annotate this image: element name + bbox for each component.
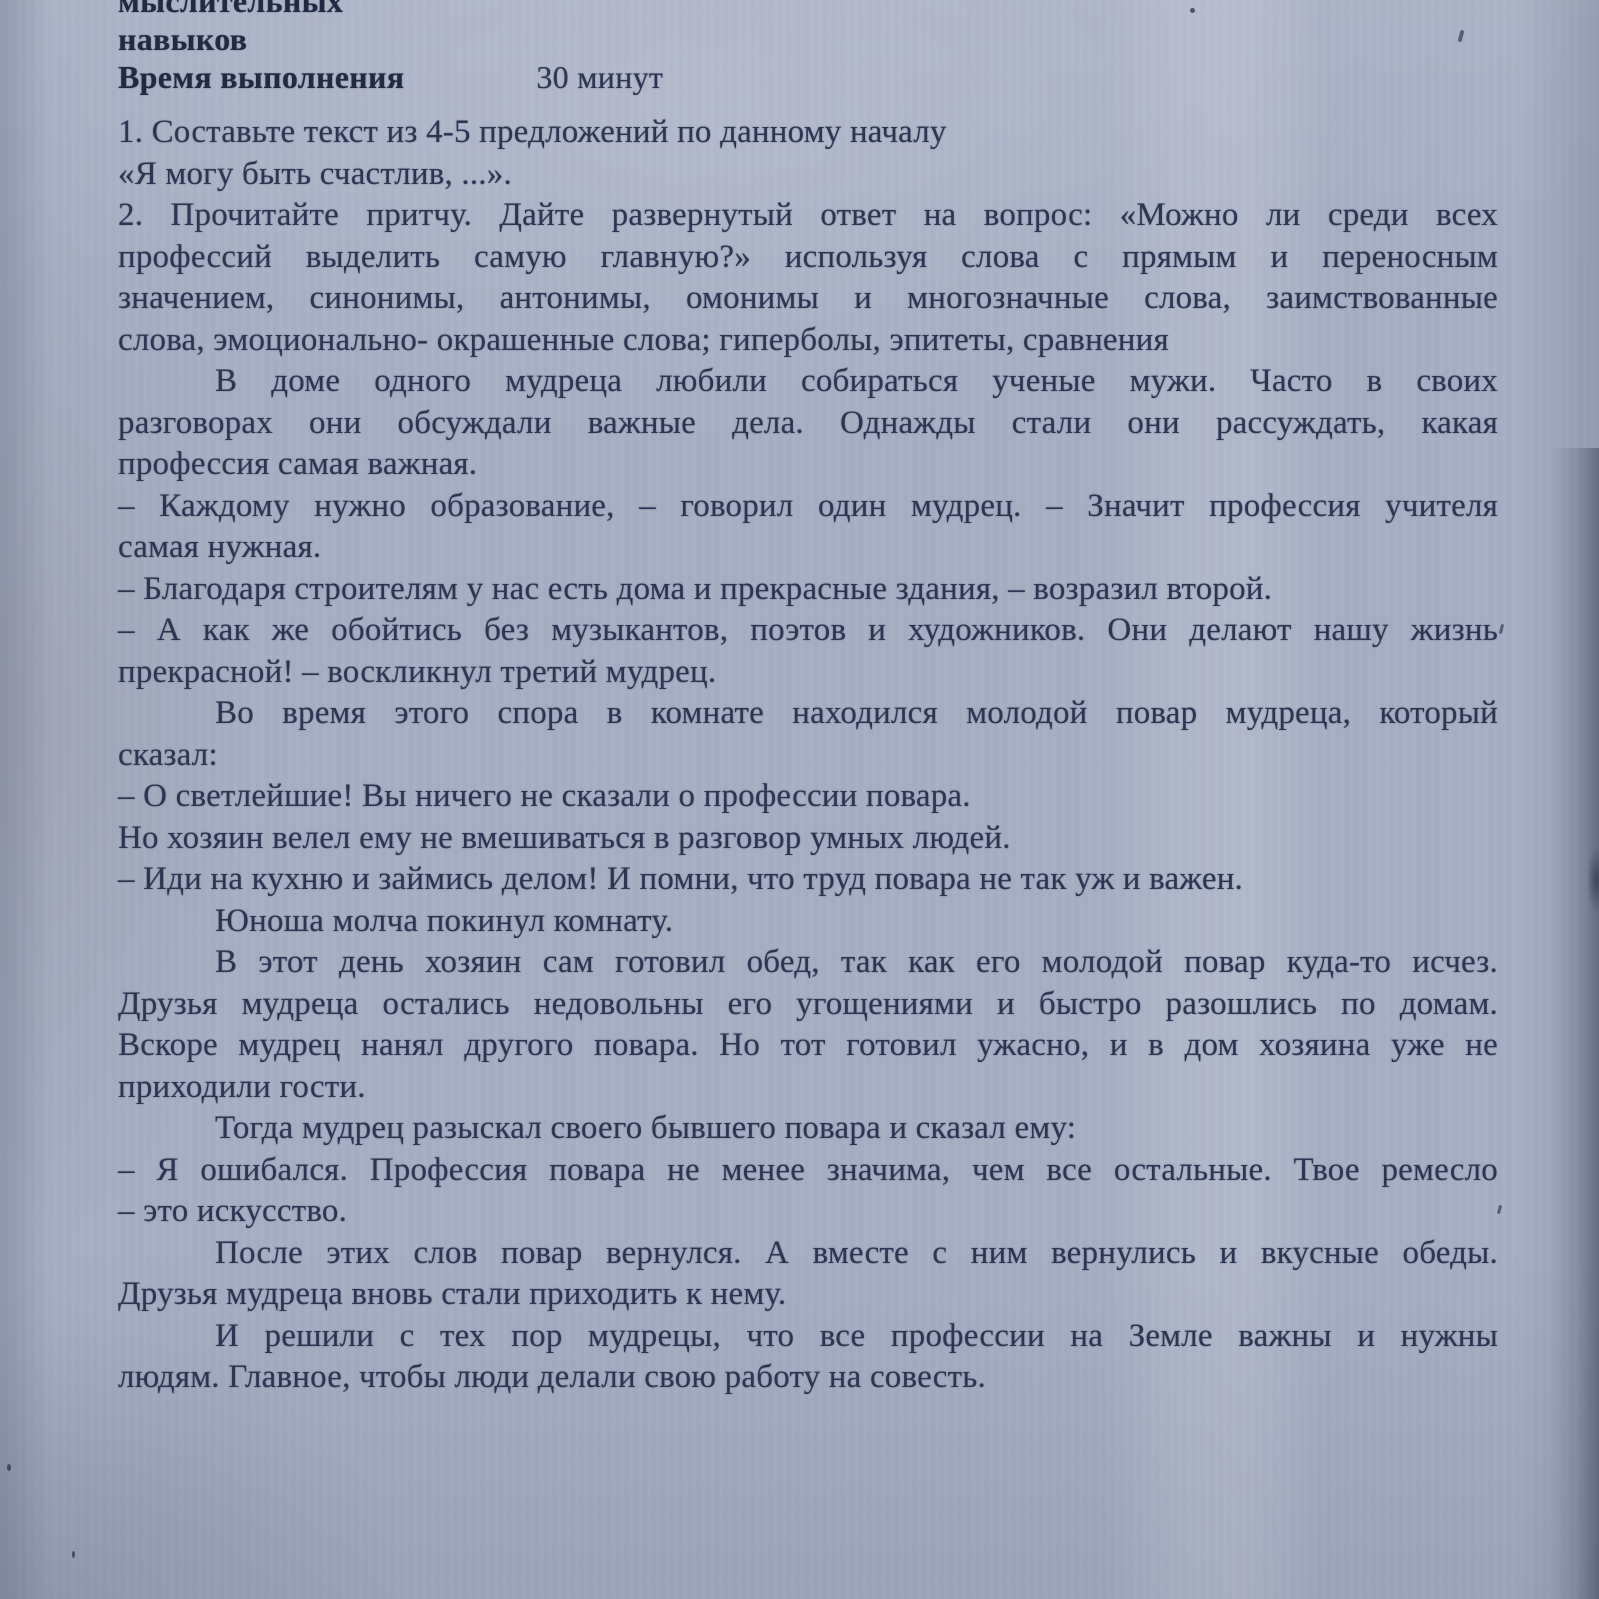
text-line: людям. Главное, чтобы люди делали свою р… <box>118 1357 1498 1399</box>
text-line: профессия самая важная. <box>118 444 1498 486</box>
page-edge-shadow <box>1551 448 1599 1599</box>
photo-speck <box>7 1464 11 1471</box>
text-line: – Благодаря строителям у нас есть дома и… <box>118 569 1498 611</box>
photo-speck <box>1497 1205 1502 1214</box>
text-line: самая нужная. <box>118 527 1498 569</box>
text-line: 2. Прочитайте притчу. Дайте развернутый … <box>118 195 1498 237</box>
text-line: – О светлейшие! Вы ничего не сказали о п… <box>118 776 1498 818</box>
photo-speck <box>1190 8 1195 13</box>
photo-speck <box>1499 624 1504 634</box>
text-line: профессий выделить самую главную?» испол… <box>118 237 1498 279</box>
text-line: После этих слов повар вернулся. А вместе… <box>118 1233 1498 1275</box>
text-line: приходили гости. <box>118 1067 1498 1109</box>
text-line: сказал: <box>118 735 1498 777</box>
text-line: 1. Составьте текст из 4-5 предложений по… <box>118 112 1498 154</box>
text-line: – Каждому нужно образование, – говорил о… <box>118 486 1498 528</box>
text-line: прекрасной! – воскликнул третий мудрец. <box>118 652 1498 694</box>
text-line: «Я могу быть счастлив, ...». <box>118 154 1498 196</box>
text-line: слова, эмоционально- окрашенные слова; г… <box>118 320 1498 362</box>
text-line: – А как же обойтись без музыкантов, поэт… <box>118 610 1498 652</box>
document-header: мыслительных навыков Время выполнения30 … <box>118 0 663 96</box>
header-line-2: навыков <box>118 20 663 58</box>
text-line: Юноша молча покинул комнату. <box>118 901 1498 943</box>
document-body: 1. Составьте текст из 4-5 предложений по… <box>118 112 1498 1399</box>
time-label: Время выполнения <box>118 59 404 95</box>
photo-speck <box>72 1551 75 1558</box>
text-line: В этот день хозяин сам готовил обед, так… <box>118 942 1498 984</box>
text-line: – Я ошибался. Профессия повара не менее … <box>118 1150 1498 1192</box>
text-line: – Иди на кухню и займись делом! И помни,… <box>118 859 1498 901</box>
text-line: разговорах они обсуждали важные дела. Од… <box>118 403 1498 445</box>
photo-speck <box>1458 30 1465 43</box>
time-value: 30 минут <box>536 58 663 96</box>
text-line: Друзья мудреца остались недовольны его у… <box>118 984 1498 1026</box>
text-line: Во время этого спора в комнате находился… <box>118 693 1498 735</box>
text-line: значением, синонимы, антонимы, омонимы и… <box>118 278 1498 320</box>
text-line: Тогда мудрец разыскал своего бывшего пов… <box>118 1108 1498 1150</box>
photo-smudge <box>1587 845 1599 915</box>
header-time-row: Время выполнения30 минут <box>118 58 663 96</box>
document-page: мыслительных навыков Время выполнения30 … <box>0 0 1599 1599</box>
text-line: – это искусство. <box>118 1191 1498 1233</box>
text-line: Друзья мудреца вновь стали приходить к н… <box>118 1274 1498 1316</box>
text-line: И решили с тех пор мудрецы, что все проф… <box>118 1316 1498 1358</box>
header-line-1: мыслительных <box>118 0 663 20</box>
text-line: В доме одного мудреца любили собираться … <box>118 361 1498 403</box>
text-line: Но хозяин велел ему не вмешиваться в раз… <box>118 818 1498 860</box>
text-line: Вскоре мудрец нанял другого повара. Но т… <box>118 1025 1498 1067</box>
